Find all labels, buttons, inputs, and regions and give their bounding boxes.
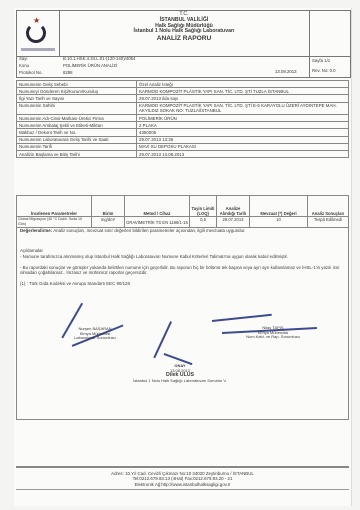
info-label: Numunenin Adı-Cinsi-Markası-Üretici Firm… [17, 115, 137, 122]
table-row: Numunenin Ambalaj Şekli ve Etiketi-Mikta… [17, 122, 349, 129]
evaluation-body: Analiz sonuçları, mevzuat sınır değerler… [52, 228, 245, 233]
info-label: Numunenin Sahibi [17, 102, 137, 114]
info-label: Numunenin Ambalaj Şekli ve Etiketi-Mikta… [17, 122, 137, 129]
info-value: KARMOD KOMPOZİT PLASTİK YAPI SAN. TİC. L… [137, 102, 349, 114]
logo-caption [21, 48, 55, 51]
evaluation-label: Değerlendirme: [20, 228, 52, 233]
col-limit: Mevzuat (*) Değeri [250, 196, 308, 217]
page-rev-cell: Sayfa 1/1 Rev. No: 0.0 [309, 55, 351, 77]
evaluation-notes-box: Değerlendirme: Analiz sonuçları, mevzuat… [16, 225, 349, 420]
sample-info-table: Numunenin Geliş SebebiÖzel Analiz İsteği… [16, 80, 349, 158]
report-meta: Sayı B.10.1.HSK.4.34.L.01-(120-140)/4054… [16, 55, 351, 78]
footnote: (1) : Türk Gıda Kodeksi ve Avrupa Standa… [20, 281, 345, 286]
report-date: 13.08.2013 [275, 69, 297, 74]
signature-center: ONAY 13.08.2013 Dilek ULUS İstanbul 1 No… [100, 364, 260, 383]
revision-number: Rev. No: 0.0 [312, 68, 336, 73]
info-label: Makbuz / Dekont Tarih ve No. [17, 129, 137, 136]
col-analysis-date: Analize Alındığı Tarih [217, 196, 250, 217]
col-loq: Tayin Limiti (LOQ) [190, 196, 217, 217]
table-row: Analizin Başlama ve Bitiş Tarihi29.07.20… [17, 151, 349, 158]
report-title: ANALİZ RAPORU [59, 35, 309, 43]
info-label: Numunenin Tarifi [17, 143, 137, 150]
table-row: Numunenin Geliş SebebiÖzel Analiz İsteği [17, 81, 349, 88]
results-header-row: İncelenen Parametreler Birim Metod / Cih… [17, 196, 349, 217]
info-label: Numunenin Laboratuvara Geliş Tarihi ve S… [17, 136, 137, 143]
info-label: Numunenin Geliş Sebebi [17, 81, 137, 88]
table-row: Numunenin Laboratuvara Geliş Tarihi ve S… [17, 136, 349, 143]
header-title-block: T.C. İSTANBUL VALİLİĞİ Halk Sağlığı Müdü… [59, 11, 309, 56]
table-row: Numuneyi Gönderen Kişi/Kurum/KuruluşKARM… [17, 88, 349, 95]
info-value: 4350005 [137, 129, 349, 136]
info-value: Özel Analiz İsteği [137, 81, 349, 88]
info-value: 2 PLAKA [137, 122, 349, 129]
header-right-cell [309, 11, 351, 56]
info-value: 29.07.2013 ilda sayı [137, 95, 349, 102]
signature-right: Nilay TAPIŞ Kimya Mühendisi Num.Kabl. ve… [228, 326, 318, 340]
crescent-icon [26, 23, 46, 43]
sayi-value: B.10.1.HSK.4.34.L.01-(120-140)/4054 [63, 56, 135, 61]
konu-label: Konu [19, 63, 29, 68]
note-1: - Numune tarafımızca alınmamış olup İsta… [20, 254, 345, 259]
info-value: 29.07.2013 13:36 [137, 136, 349, 143]
info-value: 29.07.2013 13.08.2013 [137, 151, 349, 158]
info-label: İlgi Yazı Tarih ve Sayısı [17, 95, 137, 102]
table-row: Numunenin TarifiMAVİ SU DEPOSU PLAKASI [17, 143, 349, 150]
table-row: İlgi Yazı Tarih ve Sayısı29.07.2013 ilda… [17, 95, 349, 102]
protokol-value: 8288 [63, 70, 73, 75]
signer-role: İstanbul 1 Nolu Halk Sağlığı Laboratuvar… [100, 379, 260, 384]
konu-value: POLİMERİK ÜRÜN ANALİZİ [63, 63, 117, 68]
col-unit: Birim [92, 196, 125, 217]
info-label: Analizin Başlama ve Bitiş Tarihi [17, 151, 137, 158]
table-row: Numunenin SahibiKARMOD KOMPOZİT PLASTİK … [17, 102, 349, 114]
footer-web: Elektronik Ağ:http://www.istanbulhalksag… [16, 482, 349, 487]
report-header: ★ T.C. İSTANBUL VALİLİĞİ Halk Sağlığı Mü… [16, 10, 351, 57]
info-value: MAVİ SU DEPOSU PLAKASI [137, 143, 349, 150]
sayi-label: Sayı [19, 56, 28, 61]
info-label: Numuneyi Gönderen Kişi/Kurum/Kuruluş [17, 88, 137, 95]
table-row: Makbuz / Dekont Tarih ve No.4350005 [17, 129, 349, 136]
protokol-label: Protokol No. [19, 70, 43, 75]
footer: Adres: 10.Yıl Cad. Cevizli Çıkmazı No:10… [16, 466, 349, 490]
note-2: - Bu rapordaki sonuçlar ve görüşler yuka… [20, 265, 345, 276]
table-row: Numunenin Adı-Cinsi-Markası-Üretici Firm… [17, 115, 349, 122]
col-parameters: İncelenen Parametreler [17, 196, 92, 217]
results-table: İncelenen Parametreler Birim Metod / Cih… [16, 195, 349, 228]
ministry-logo: ★ [17, 11, 60, 56]
col-method: Metod / Cihaz [125, 196, 190, 217]
page-number: Sayfa 1/1 [312, 58, 330, 63]
info-value: KARMOD KOMPOZİT PLASTİK YAPI SAN. TİC. L… [137, 88, 349, 95]
col-result: Analiz Sonuçları [308, 196, 349, 217]
info-value: POLİMERİK ÜRÜN [137, 115, 349, 122]
signer-role: Num.Kabl. ve Rap. Sorumlusu [228, 335, 318, 340]
evaluation-text: Değerlendirme: Analiz sonuçları, mevzuat… [20, 228, 345, 233]
